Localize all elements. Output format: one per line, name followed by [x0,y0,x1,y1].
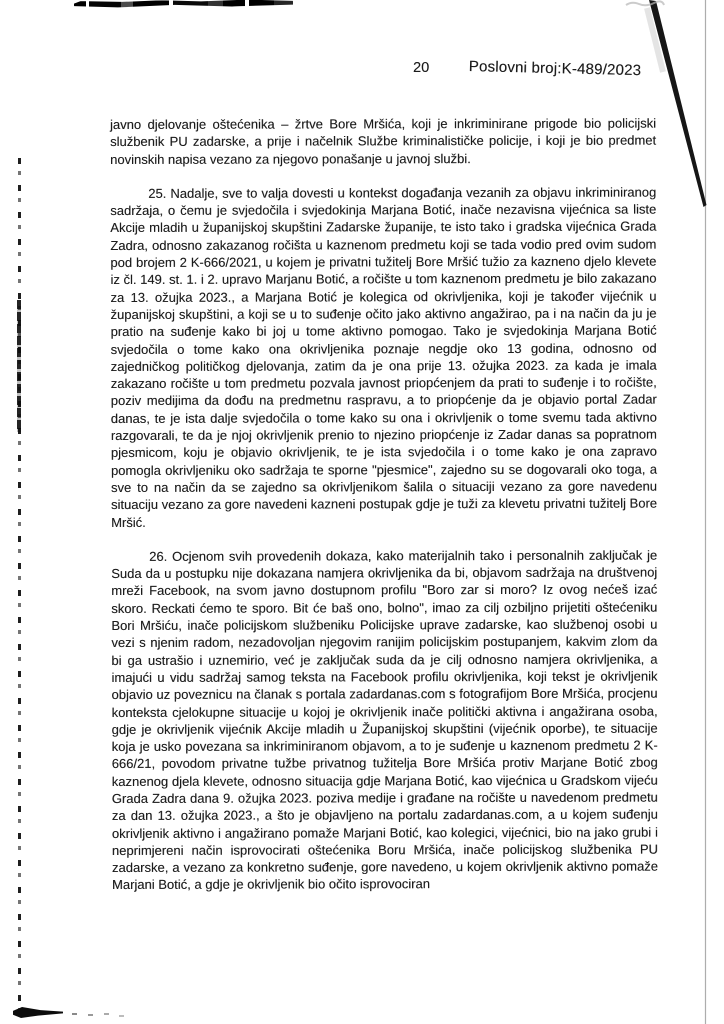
scan-diagonal-crease-line [649,0,707,207]
faint-squiggle [626,1,664,5]
document-body: javno djelovanje oštećenika – žrtve Bore… [110,115,658,911]
page-number: 20 [413,60,429,76]
paragraph-26: 26. Ocjenom svih provedenih dokaza, kako… [111,546,658,893]
paragraph-continuation: javno djelovanje oštećenika – žrtve Bore… [110,115,656,168]
scanned-document-page: 20 Poslovni broj:K-489/2023 javno djelov… [0,0,724,1024]
paragraph-25: 25. Nadalje, sve to valja dovesti u kont… [110,183,657,530]
